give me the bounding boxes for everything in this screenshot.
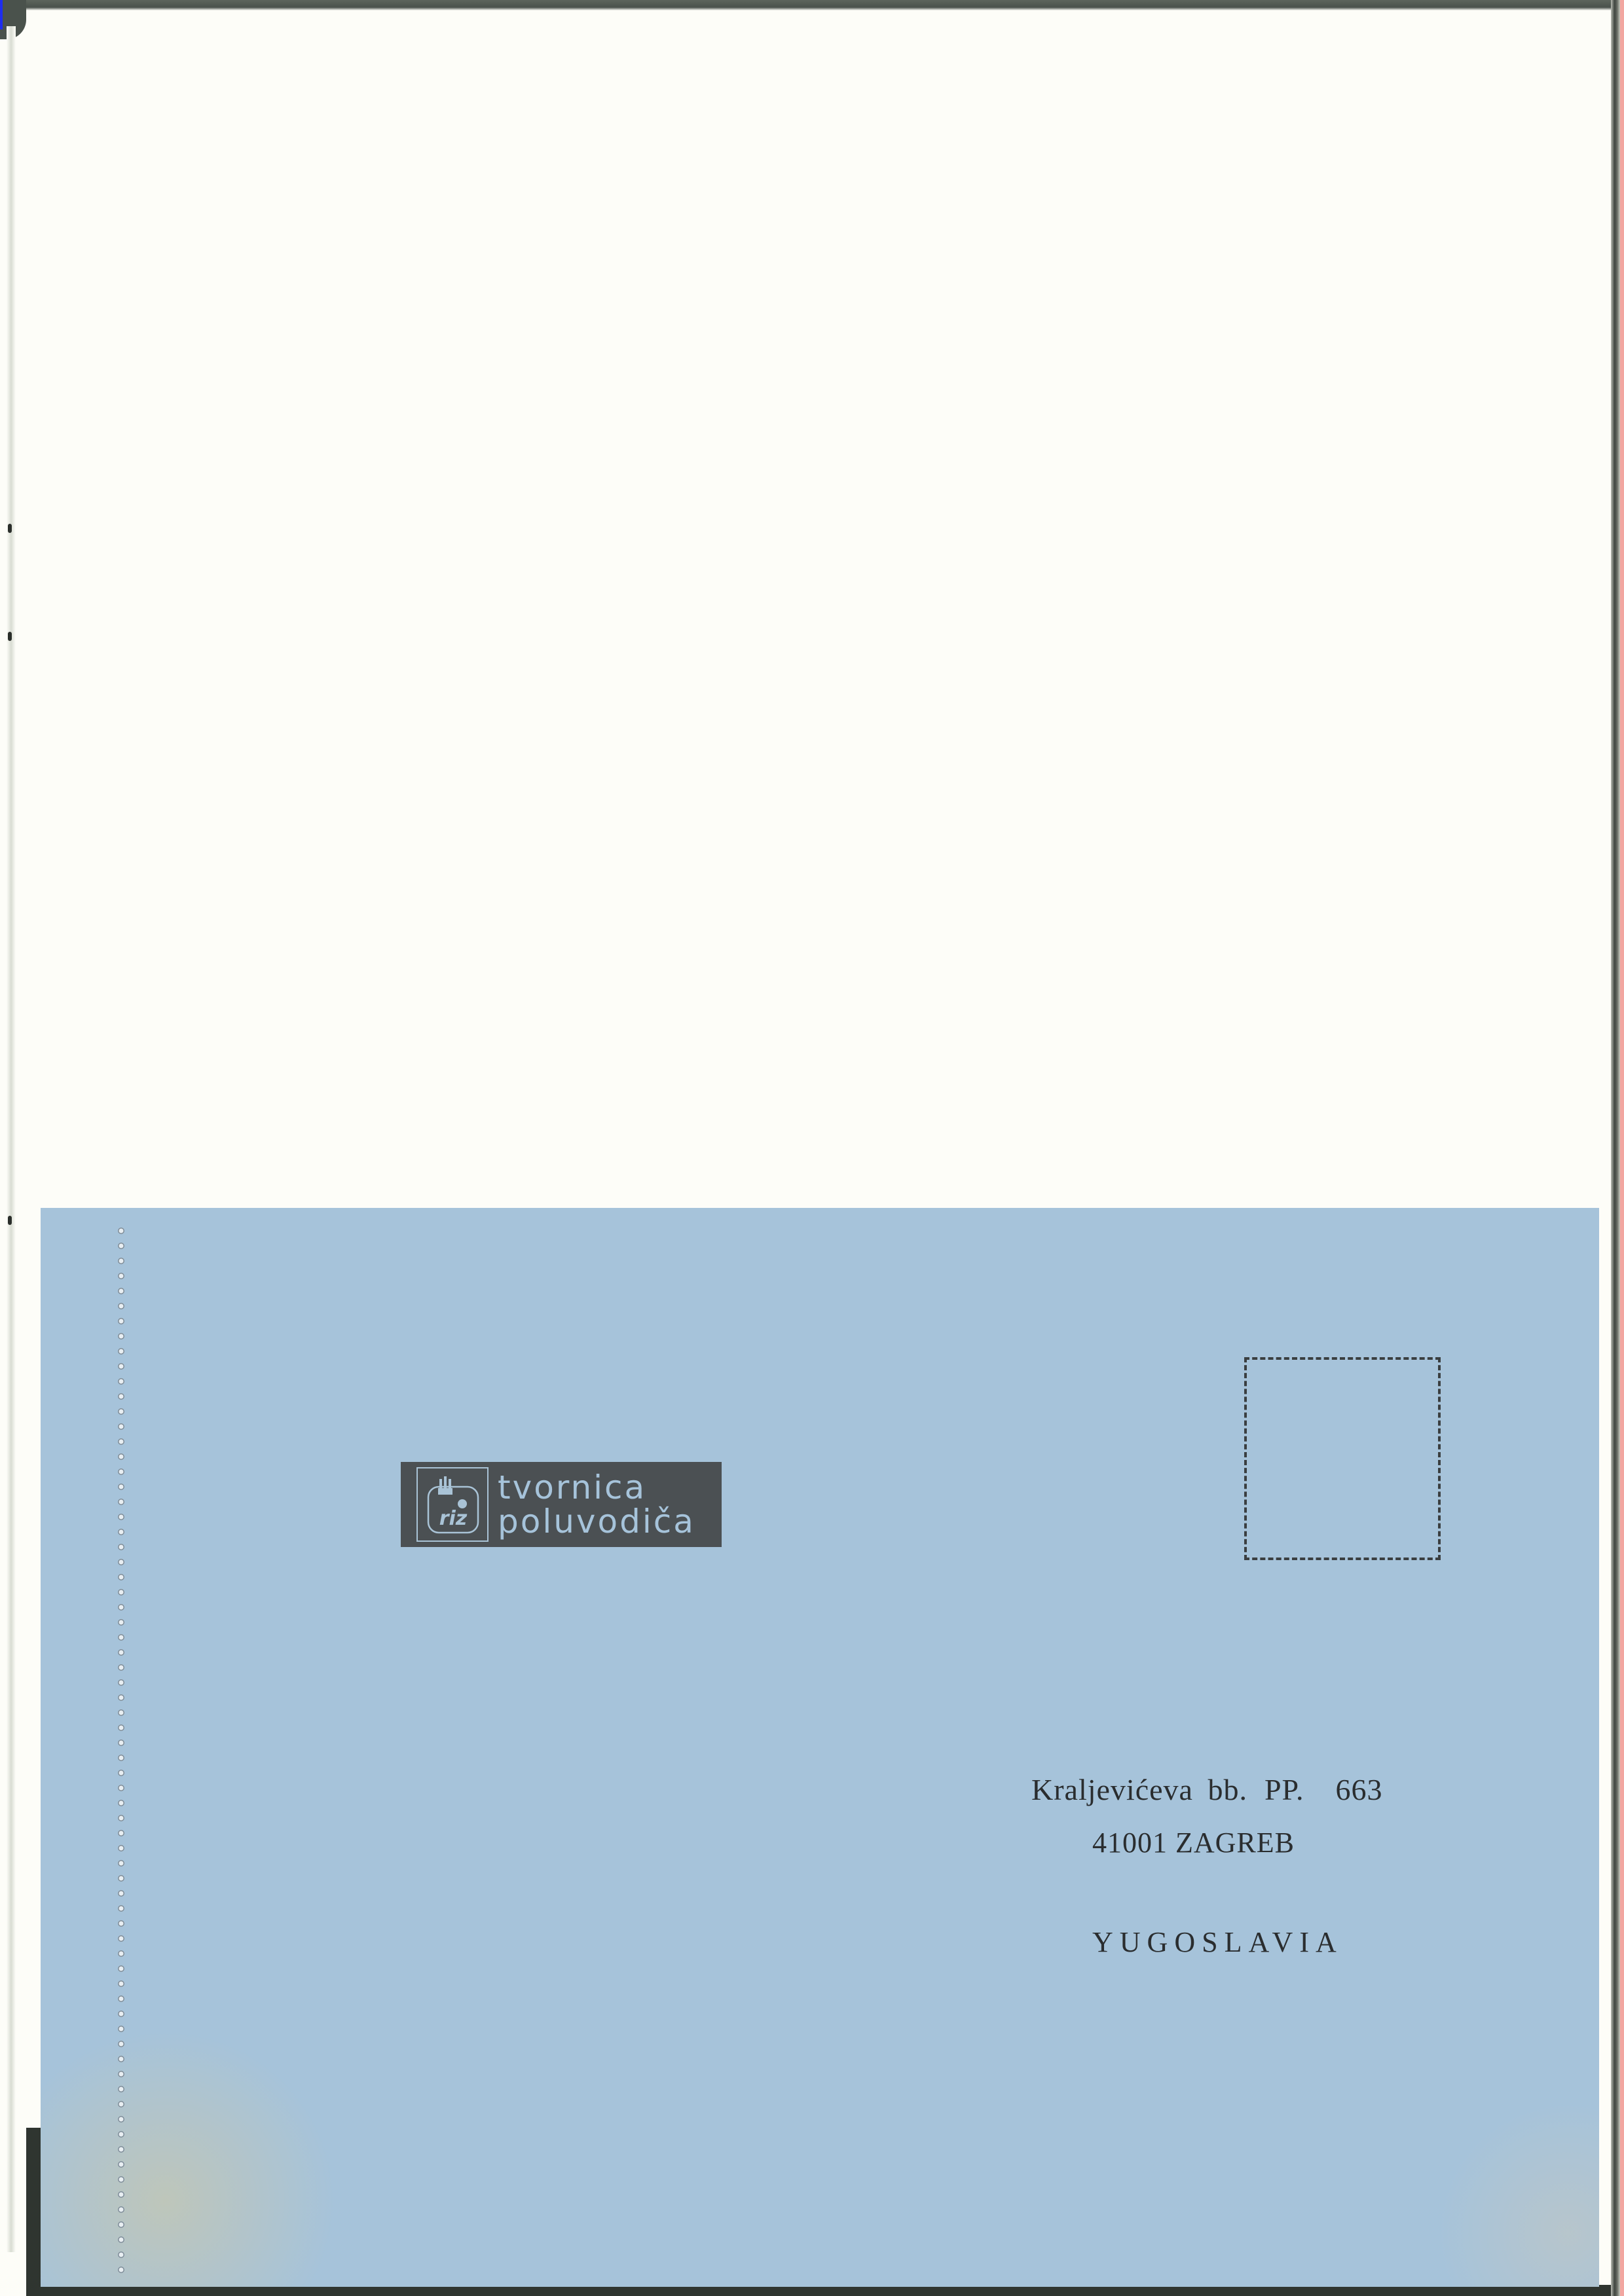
perforation-hole [118, 1408, 124, 1415]
perforation-hole [118, 1935, 124, 1942]
perforation-hole [118, 1228, 124, 1234]
perforation-hole [118, 1378, 124, 1385]
perforation-hole [118, 1258, 124, 1264]
perforation-hole [118, 1664, 124, 1671]
perforation-hole [118, 1679, 124, 1686]
company-name-line2: poluvodiča [498, 1504, 695, 1539]
perforation-hole [118, 1544, 124, 1550]
perforation-hole [118, 1830, 124, 1836]
perforation-hole [118, 2206, 124, 2213]
perforation-hole [118, 1423, 124, 1430]
perforation-hole [118, 1348, 124, 1355]
perforation-hole [118, 1574, 124, 1580]
perforation-hole [118, 2131, 124, 2138]
perforation-hole [118, 1995, 124, 2002]
scan-border-top [0, 0, 1624, 10]
perforation-hole [118, 1438, 124, 1445]
perforation-hole [118, 1800, 124, 1806]
perforation-line[interactable] [118, 1228, 124, 2275]
address-street-line: Kraljevićeva bb.PP.663 [1031, 1772, 1383, 1807]
perforation-hole [118, 1453, 124, 1460]
perforation-hole [118, 1604, 124, 1611]
perforation-hole [118, 1514, 124, 1520]
address-postal-city: 41001 ZAGREB [1092, 1826, 1295, 1859]
scan-border-bottom-left [26, 2128, 41, 2296]
perforation-hole [118, 1393, 124, 1400]
perforation-hole [118, 2011, 124, 2017]
perforation-hole [118, 1499, 124, 1505]
perforation-hole [118, 1920, 124, 1927]
perforation-hole [118, 1965, 124, 1972]
perforation-hole [118, 2176, 124, 2183]
perforation-hole [118, 2191, 124, 2198]
perforation-hole [118, 1559, 124, 1565]
svg-text:riz: riz [439, 1507, 468, 1530]
perforation-hole [118, 1694, 124, 1701]
stamp-placeholder-box [1244, 1357, 1441, 1560]
perforation-hole [118, 2267, 124, 2273]
perforation-hole [118, 1785, 124, 1791]
scan-artifact [1620, 0, 1624, 2296]
perforation-hole [118, 1468, 124, 1475]
perforation-hole [118, 1724, 124, 1731]
company-name-line1: tvornica [498, 1470, 695, 1504]
perforation-hole [118, 1363, 124, 1370]
perforation-hole [118, 1875, 124, 1882]
perforation-hole [118, 1755, 124, 1761]
perforation-hole [118, 1815, 124, 1821]
binding-mark [8, 1216, 12, 1225]
perforation-hole [118, 2086, 124, 2092]
page-binding-edge [7, 26, 16, 2252]
perforation-hole [118, 2056, 124, 2062]
reply-card: riz tvornica poluvodiča Kraljevićeva bb.… [41, 1208, 1599, 2287]
scan-border-right [1611, 0, 1620, 2296]
perforation-hole [118, 1333, 124, 1339]
perforation-hole [118, 1273, 124, 1279]
perforation-hole [118, 1318, 124, 1324]
binding-mark [8, 524, 12, 533]
perforation-hole [118, 1649, 124, 1656]
perforation-hole [118, 2116, 124, 2123]
perforation-hole [118, 2041, 124, 2047]
perforation-hole [118, 1303, 124, 1309]
perforation-hole [118, 1890, 124, 1897]
company-logo: riz tvornica poluvodiča [401, 1462, 722, 1547]
perforation-hole [118, 2221, 124, 2228]
perforation-hole [118, 1845, 124, 1851]
perforation-hole [118, 1529, 124, 1535]
perforation-hole [118, 2161, 124, 2168]
perforation-hole [118, 1770, 124, 1776]
po-box-number: 663 [1336, 1773, 1383, 1806]
perforation-hole [118, 2146, 124, 2153]
perforation-hole [118, 2101, 124, 2107]
perforation-hole [118, 1634, 124, 1641]
perforation-hole [118, 1980, 124, 1987]
perforation-hole [118, 1288, 124, 1294]
perforation-hole [118, 2026, 124, 2032]
perforation-hole [118, 1484, 124, 1490]
perforation-hole [118, 2236, 124, 2243]
perforation-hole [118, 1905, 124, 1912]
riz-tv-emblem-icon: riz [416, 1467, 489, 1542]
perforation-hole [118, 1740, 124, 1746]
po-box-label: PP. [1264, 1773, 1304, 1806]
perforation-hole [118, 1619, 124, 1626]
perforation-hole [118, 2071, 124, 2077]
perforation-hole [118, 1709, 124, 1716]
perforation-hole [118, 1950, 124, 1957]
company-name: tvornica poluvodiča [498, 1470, 695, 1539]
scan-artifact [0, 0, 3, 29]
perforation-hole [118, 2251, 124, 2258]
perforation-hole [118, 1589, 124, 1595]
binding-mark [8, 632, 12, 641]
address-country: YUGOSLAVIA [1092, 1925, 1343, 1959]
perforation-hole [118, 1243, 124, 1249]
street: Kraljevićeva bb. [1031, 1773, 1247, 1806]
perforation-hole [118, 1860, 124, 1867]
